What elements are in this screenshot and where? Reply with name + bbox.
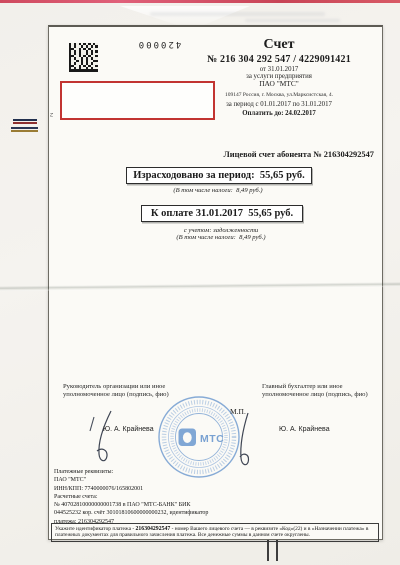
invoice-header: Счет № 216 304 292 547 / 4229091421 от 3… (179, 38, 379, 118)
account-number-line: Лицевой счет абонента № 216304292547 (224, 150, 374, 159)
footnote-payment-id: 216304292547 (136, 526, 171, 532)
seal-logo-text: МТС (200, 433, 224, 445)
to-pay-taxes-note: (В том числе налоги: 8,49 руб.) (141, 234, 301, 241)
pay-due-line: Оплатить до: 24.02.2017 (179, 110, 379, 118)
edge-digit: 2 (50, 111, 53, 118)
requisites-account-line1: № 40702810000000001738 в ПАО "МТС-БАНК" … (54, 501, 208, 509)
accountant-signature-label: Главный бухгалтер или иное уполномоченно… (262, 383, 368, 399)
requisites-inn-kpp: ИНН/КПП: 7740000076/165802001 (54, 485, 208, 493)
registration-color-marks (11, 119, 39, 132)
requisites-company: ПАО "МТС" (54, 476, 208, 484)
director-label-line2: уполномоченное лицо (подпись, фио) (63, 391, 169, 399)
requisites-accounts-title: Расчетные счета: (54, 493, 208, 501)
director-name: Ю. А. Крайнева (103, 426, 154, 433)
accountant-name: Ю. А. Крайнева (279, 426, 330, 433)
director-signature-icon (87, 409, 117, 469)
company-name: ПАО "МТС" (179, 80, 379, 88)
bleedthrough-smudge (245, 19, 340, 22)
accountant-label-line2: уполномоченное лицо (подпись, фио) (262, 391, 368, 399)
company-address: 109147 Россия, г. Москва, ул.Марксистска… (179, 92, 379, 99)
spent-taxes-note: (В том числе налоги: 8,49 руб.) (126, 187, 310, 194)
invoice-number: № 216 304 292 547 / 4229091421 (179, 54, 379, 65)
director-signature-label: Руководитель организации или иное уполно… (63, 383, 169, 399)
spent-amount-box: Израсходовано за период: 55,65 руб. (126, 167, 312, 184)
fold-alignment-marks (267, 540, 281, 562)
billing-period: за период с 01.01.2017 по 31.01.2017 (179, 101, 379, 109)
payment-requisites: Платежные реквизиты: ПАО "МТС" ИНН/КПП: … (54, 468, 208, 526)
director-label-line1: Руководитель организации или иное (63, 383, 169, 391)
requisites-account-line2: 044525232 кор. счёт 30101810600000000232… (54, 509, 208, 517)
requisites-title: Платежные реквизиты: (54, 468, 208, 476)
payment-id-footnote: Укажите идентификатор платежа - 21630429… (51, 523, 379, 542)
accountant-signature-icon (234, 411, 256, 473)
footnote-prefix: Укажите идентификатор платежа - (55, 526, 136, 532)
mts-round-seal-icon: МТС (157, 395, 241, 479)
to-pay-amount-box: К оплате 31.01.2017 55,65 руб. (141, 205, 303, 222)
scanned-invoice: 420000 2 Счет № 216 304 292 547 / 422909… (0, 0, 400, 565)
datamatrix-barcode-icon (69, 43, 98, 72)
bleedthrough-smudge (150, 12, 325, 16)
invoice-date: от 31.01.2017 (179, 66, 379, 73)
to-pay-note: с учетом: задолженности (141, 227, 301, 234)
invoice-title: Счет (179, 38, 379, 52)
accountant-label-line1: Главный бухгалтер или иное (262, 383, 368, 391)
